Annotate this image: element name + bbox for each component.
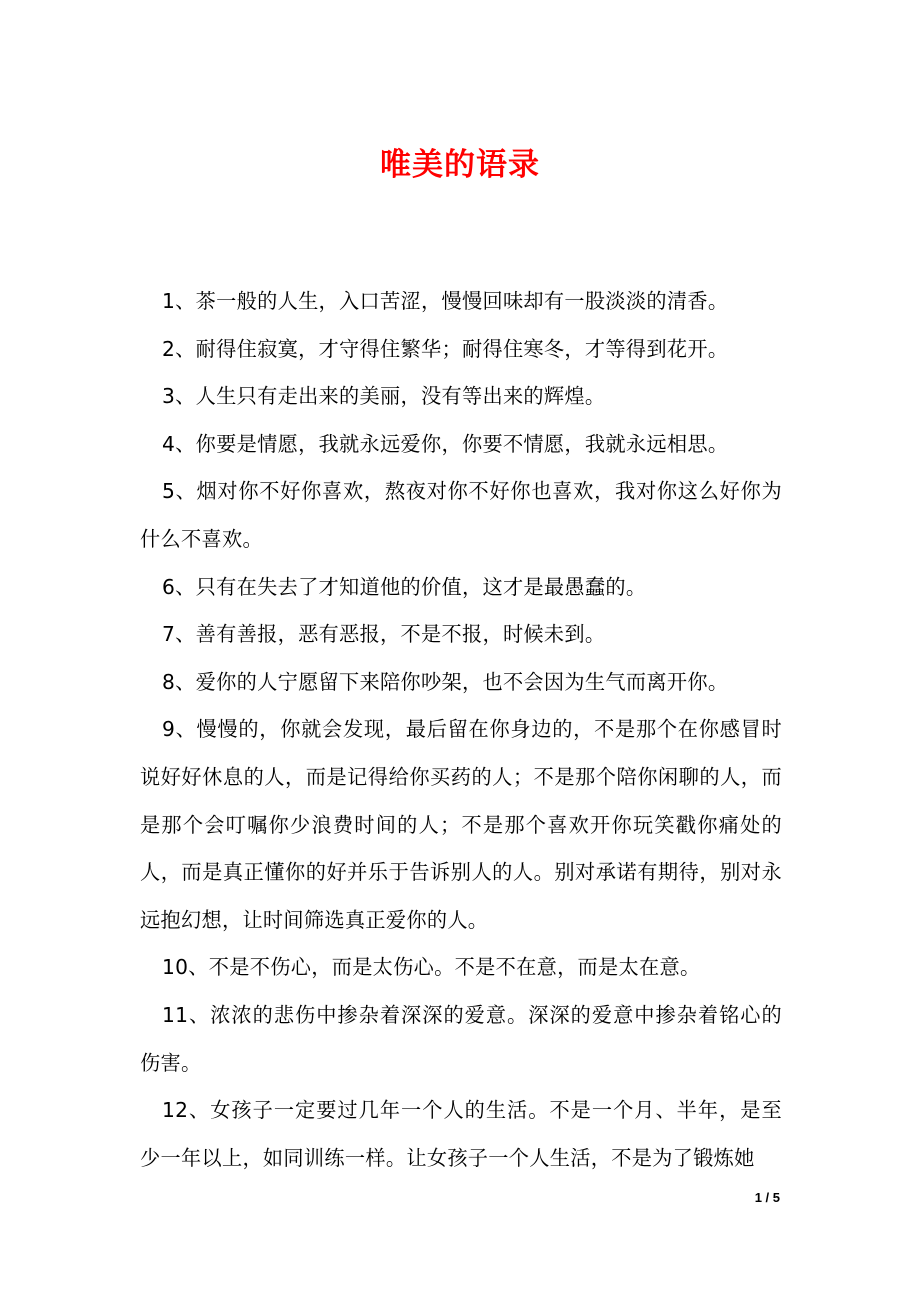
quote-paragraph-4: 4、你要是情愿，我就永远爱你，你要不情愿，我就永远相思。 <box>140 421 782 469</box>
quote-paragraph-1: 1、茶一般的人生，入口苦涩，慢慢回味却有一股淡淡的清香。 <box>140 278 782 326</box>
quote-paragraph-7: 7、善有善报，恶有恶报，不是不报，时候未到。 <box>140 611 782 659</box>
document-body: 1、茶一般的人生，入口苦涩，慢慢回味却有一股淡淡的清香。 2、耐得住寂寞，才守得… <box>140 278 782 1182</box>
quote-paragraph-10: 10、不是不伤心，而是太伤心。不是不在意，而是太在意。 <box>140 944 782 992</box>
quote-paragraph-8: 8、爱你的人宁愿留下来陪你吵架，也不会因为生气而离开你。 <box>140 659 782 707</box>
quote-paragraph-2: 2、耐得住寂寞，才守得住繁华；耐得住寒冬，才等得到花开。 <box>140 326 782 374</box>
quote-paragraph-5: 5、烟对你不好你喜欢，熬夜对你不好你也喜欢，我对你这么好你为什么不喜欢。 <box>140 468 782 563</box>
quote-paragraph-9: 9、慢慢的，你就会发现，最后留在你身边的，不是那个在你感冒时说好好休息的人，而是… <box>140 706 782 944</box>
quote-paragraph-11: 11、浓浓的悲伤中掺杂着深深的爱意。深深的爱意中掺杂着铭心的伤害。 <box>140 992 782 1087</box>
quote-paragraph-6: 6、只有在失去了才知道他的价值，这才是最愚蠢的。 <box>140 564 782 612</box>
quote-paragraph-3: 3、人生只有走出来的美丽，没有等出来的辉煌。 <box>140 373 782 421</box>
quote-paragraph-12: 12、女孩子一定要过几年一个人的生活。不是一个月、半年，是至少一年以上，如同训练… <box>140 1087 782 1182</box>
document-title: 唯美的语录 <box>0 143 920 187</box>
document-page: 唯美的语录 1、茶一般的人生，入口苦涩，慢慢回味却有一股淡淡的清香。 2、耐得住… <box>0 0 920 1302</box>
page-number: 1 / 5 <box>735 1190 780 1205</box>
